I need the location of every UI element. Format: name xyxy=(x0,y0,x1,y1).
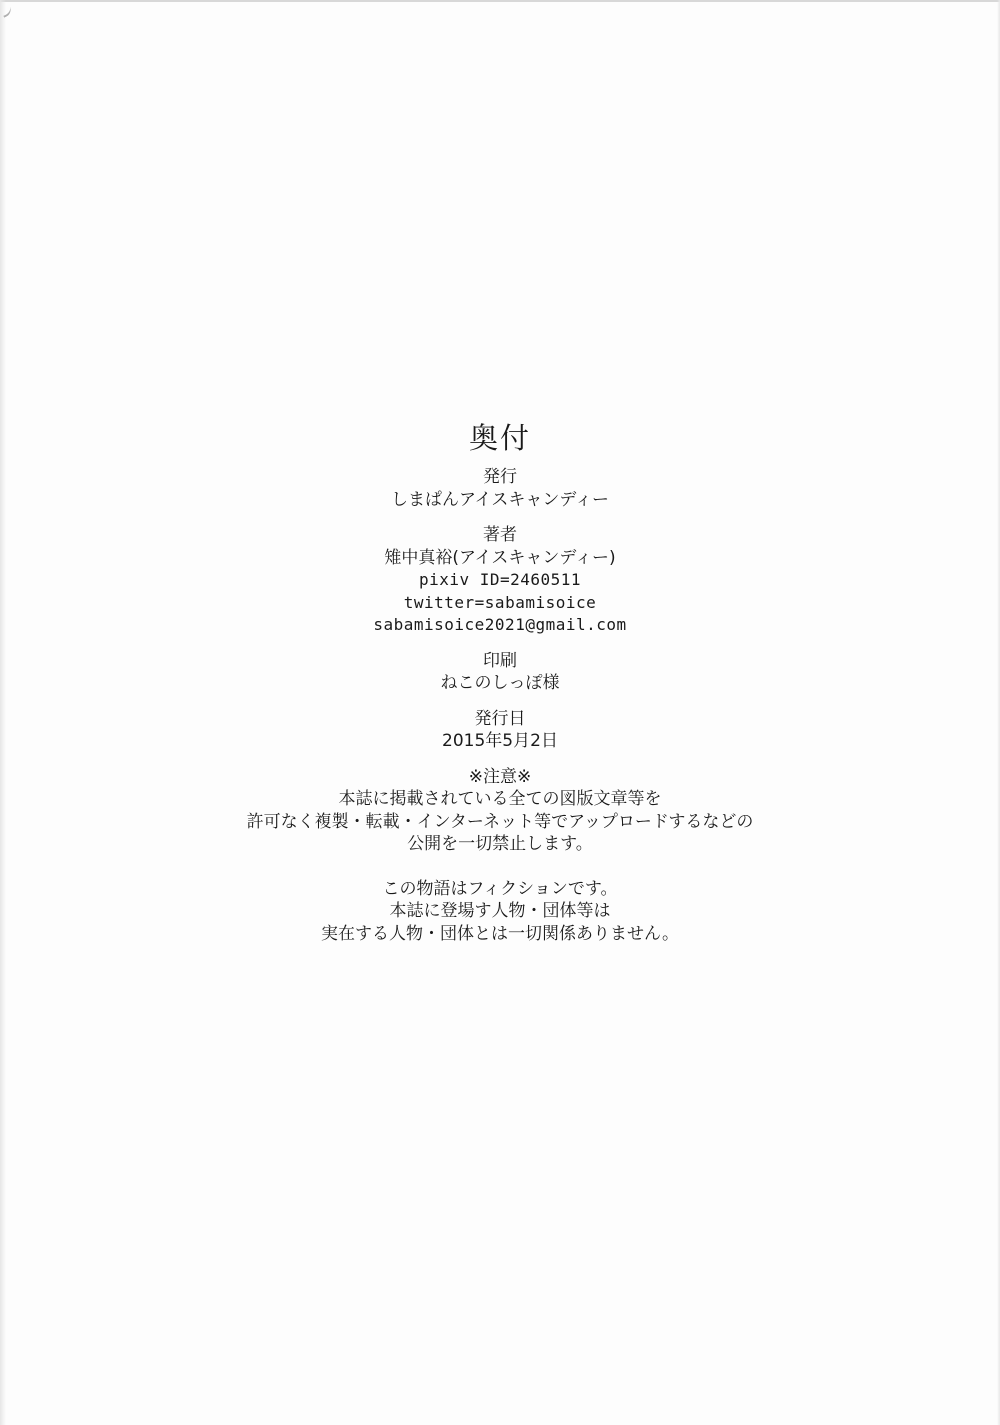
publisher-section: 発行 しまぱんアイスキャンディー xyxy=(0,466,1000,511)
author-twitter: twitter=sabamisoice xyxy=(0,592,1000,615)
notice-heading: ※注意※ xyxy=(0,766,1000,789)
printer-value: ねこのしっぽ様 xyxy=(0,672,1000,695)
colophon-block: 奥付 発行 しまぱんアイスキャンディー 著者 雉中真裕(アイスキャンディー) p… xyxy=(0,418,1000,945)
author-section: 著者 雉中真裕(アイスキャンディー) pixiv ID=2460511 twit… xyxy=(0,524,1000,637)
author-email: sabamisoice2021@gmail.com xyxy=(0,614,1000,637)
notice-line: 許可なく複製・転載・インターネット等でアップロードするなどの xyxy=(0,811,1000,834)
author-name: 雉中真裕(アイスキャンディー) xyxy=(0,547,1000,570)
disclaimer-line: 実在する人物・団体とは一切関係ありません。 xyxy=(0,923,1000,946)
spacer xyxy=(0,856,1000,878)
scan-top-edge xyxy=(0,0,1000,2)
notice-line: 本誌に掲載されている全ての図版文章等を xyxy=(0,788,1000,811)
author-pixiv: pixiv ID=2460511 xyxy=(0,569,1000,592)
disclaimer-line: 本誌に登場す人物・団体等は xyxy=(0,900,1000,923)
notice-section: ※注意※ 本誌に掲載されている全ての図版文章等を 許可なく複製・転載・インターネ… xyxy=(0,766,1000,856)
page-title: 奥付 xyxy=(0,418,1000,458)
date-label: 発行日 xyxy=(0,708,1000,731)
publisher-label: 発行 xyxy=(0,466,1000,489)
printer-section: 印刷 ねこのしっぽ様 xyxy=(0,650,1000,695)
author-label: 著者 xyxy=(0,524,1000,547)
date-section: 発行日 2015年5月2日 xyxy=(0,708,1000,753)
printer-label: 印刷 xyxy=(0,650,1000,673)
date-value: 2015年5月2日 xyxy=(0,730,1000,753)
disclaimer-line: この物語はフィクションです。 xyxy=(0,878,1000,901)
colophon-page: 奥付 発行 しまぱんアイスキャンディー 著者 雉中真裕(アイスキャンディー) p… xyxy=(0,0,1000,1425)
publisher-value: しまぱんアイスキャンディー xyxy=(0,489,1000,512)
disclaimer-section: この物語はフィクションです。 本誌に登場す人物・団体等は 実在する人物・団体とは… xyxy=(0,878,1000,946)
notice-line: 公開を一切禁止します。 xyxy=(0,833,1000,856)
